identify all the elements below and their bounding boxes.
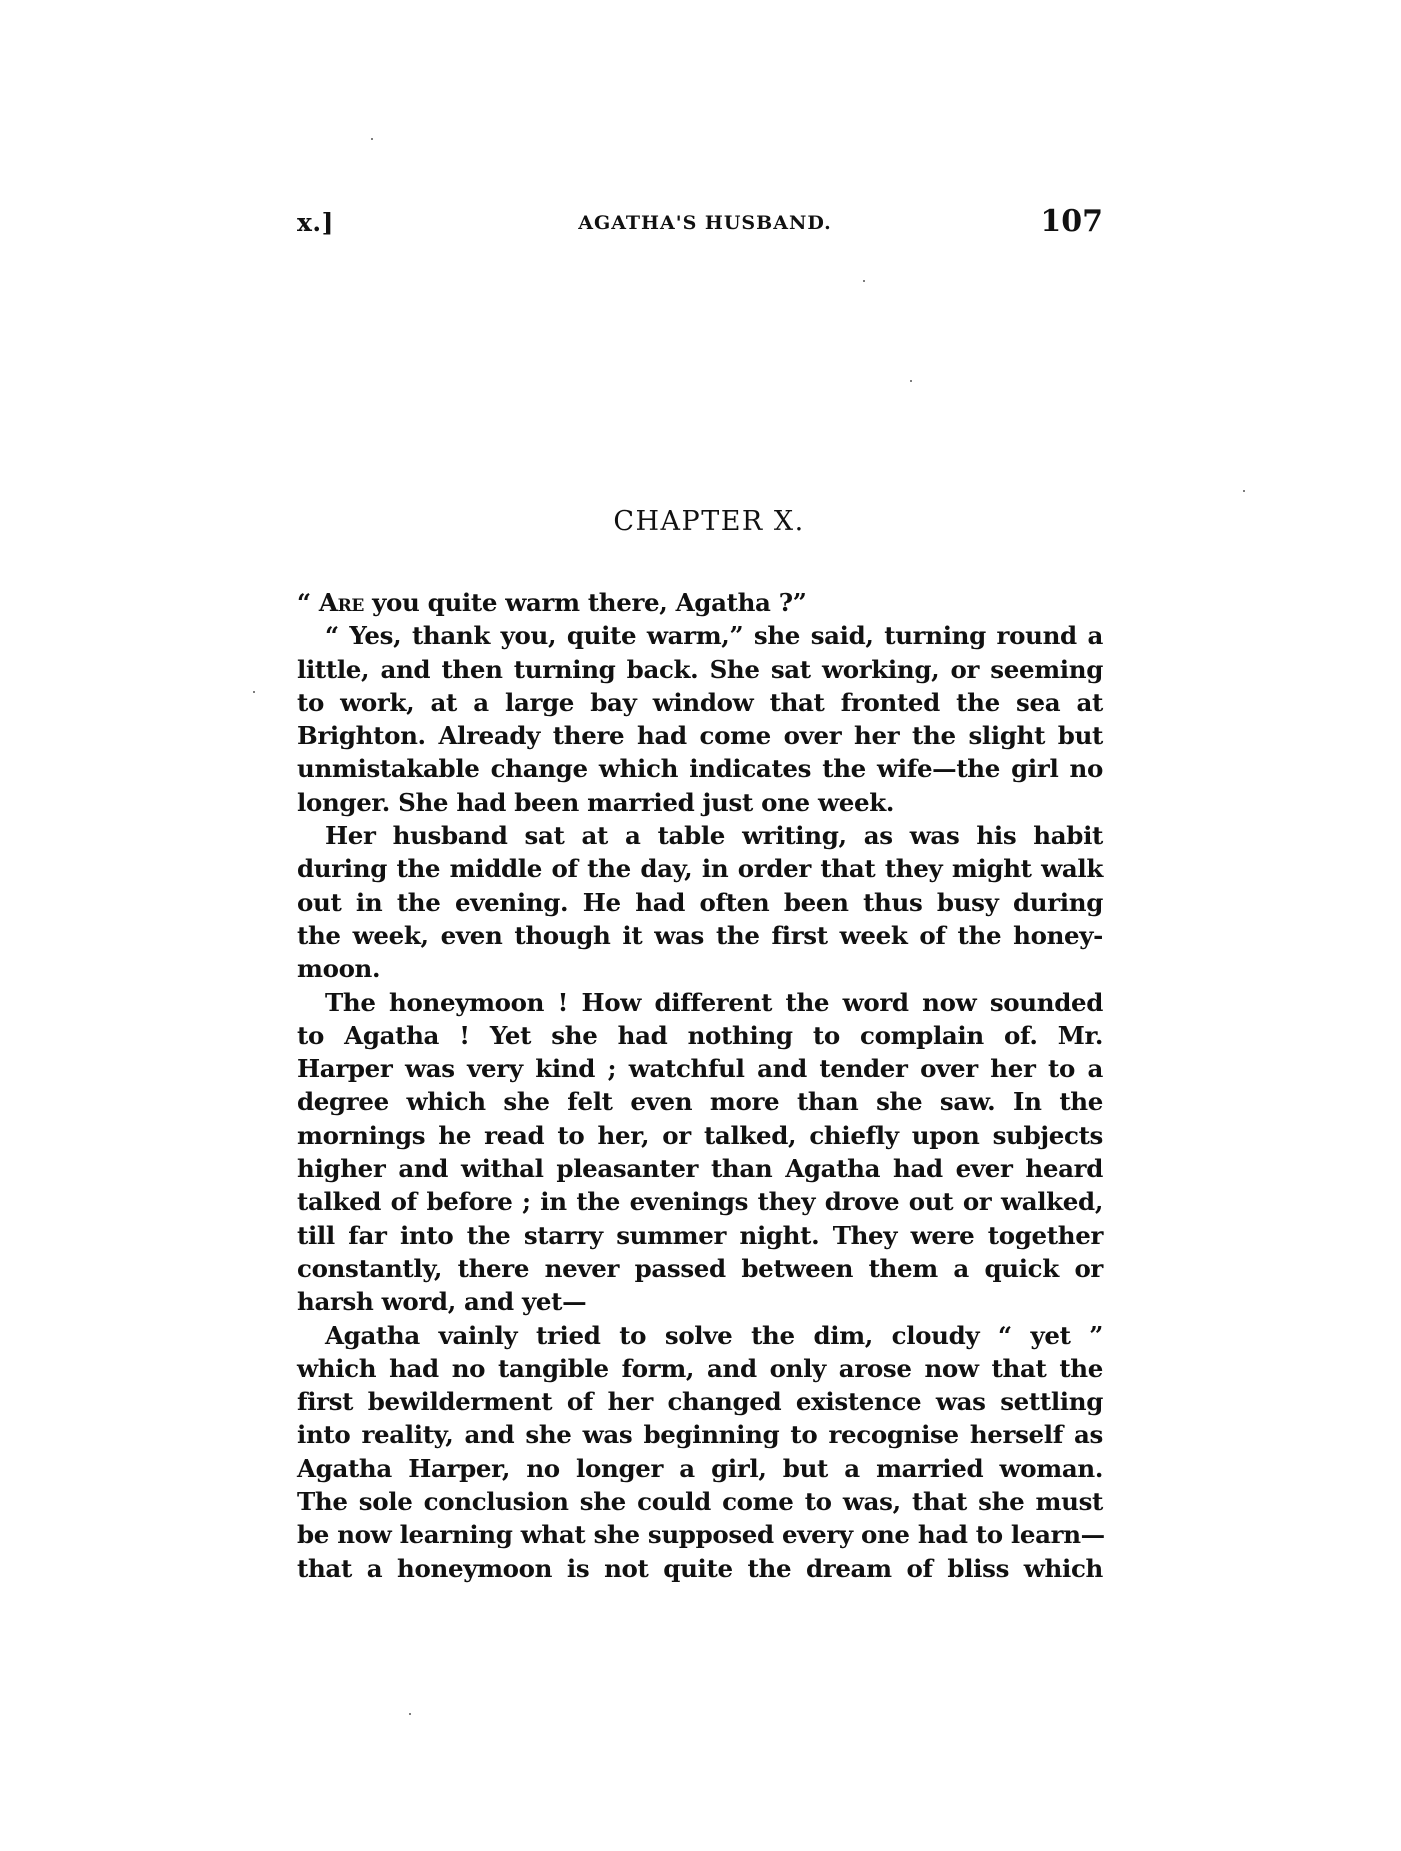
text-line: Her husband sat at a table writing, as w… — [297, 819, 1103, 852]
scan-speck — [910, 380, 912, 382]
text-line: that a honeymoon is not quite the dream … — [297, 1552, 1103, 1585]
scan-speck — [253, 691, 255, 693]
text-line: moon. — [297, 952, 1103, 985]
body-text: “ Are you quite warm there, Agatha ?” “ … — [297, 586, 1103, 1585]
text-line: to Agatha ! Yet she had nothing to compl… — [297, 1019, 1103, 1052]
page-number: 107 — [1040, 204, 1103, 239]
text-line: “ Are you quite warm there, Agatha ?” — [297, 586, 1103, 619]
book-page: x.] AGATHA'S HUSBAND. 107 CHAPTER X. “ A… — [0, 0, 1401, 1851]
text-line: to work, at a large bay window that fron… — [297, 686, 1103, 719]
text-line: The honeymoon ! How different the word n… — [297, 986, 1103, 1019]
text-line: mornings he read to her, or talked, chie… — [297, 1119, 1103, 1152]
scan-speck — [371, 138, 373, 140]
text-line: the week, even though it was the first w… — [297, 919, 1103, 952]
text-line: Agatha vainly tried to solve the dim, cl… — [297, 1319, 1103, 1352]
scan-speck — [409, 1713, 411, 1715]
text-line: harsh word, and yet— — [297, 1285, 1103, 1318]
text-line: out in the evening. He had often been th… — [297, 886, 1103, 919]
running-head: x.] AGATHA'S HUSBAND. 107 — [297, 208, 1103, 242]
text-line: during the middle of the day, in order t… — [297, 852, 1103, 885]
text-line: be now learning what she supposed every … — [297, 1518, 1103, 1551]
text-line: longer. She had been married just one we… — [297, 786, 1103, 819]
scan-speck — [1243, 490, 1245, 492]
text-line: which had no tangible form, and only aro… — [297, 1352, 1103, 1385]
text-line: unmistakable change which indicates the … — [297, 752, 1103, 785]
running-title: AGATHA'S HUSBAND. — [297, 212, 1103, 234]
text-line: higher and withal pleasanter than Agatha… — [297, 1152, 1103, 1185]
text-line: little, and then turning back. She sat w… — [297, 653, 1103, 686]
small-caps-opening-word: Are — [319, 588, 364, 617]
text-line: into reality, and she was beginning to r… — [297, 1418, 1103, 1451]
text-line: constantly, there never passed between t… — [297, 1252, 1103, 1285]
text-line: Brighton. Already there had come over he… — [297, 719, 1103, 752]
text-line: first bewilderment of her changed existe… — [297, 1385, 1103, 1418]
text-line-rest: you quite warm there, Agatha ?” — [364, 588, 807, 617]
text-line: till far into the starry summer night. T… — [297, 1219, 1103, 1252]
text-line: Agatha Harper, no longer a girl, but a m… — [297, 1452, 1103, 1485]
text-line: The sole conclusion she could come to wa… — [297, 1485, 1103, 1518]
text-line: talked of before ; in the evenings they … — [297, 1185, 1103, 1218]
scan-speck — [863, 280, 865, 282]
opening-quote: “ — [297, 588, 319, 617]
chapter-heading: CHAPTER X. — [297, 506, 1103, 537]
text-line: degree which she felt even more than she… — [297, 1085, 1103, 1118]
text-line: “ Yes, thank you, quite warm,” she said,… — [297, 619, 1103, 652]
text-line: Harper was very kind ; watchful and tend… — [297, 1052, 1103, 1085]
